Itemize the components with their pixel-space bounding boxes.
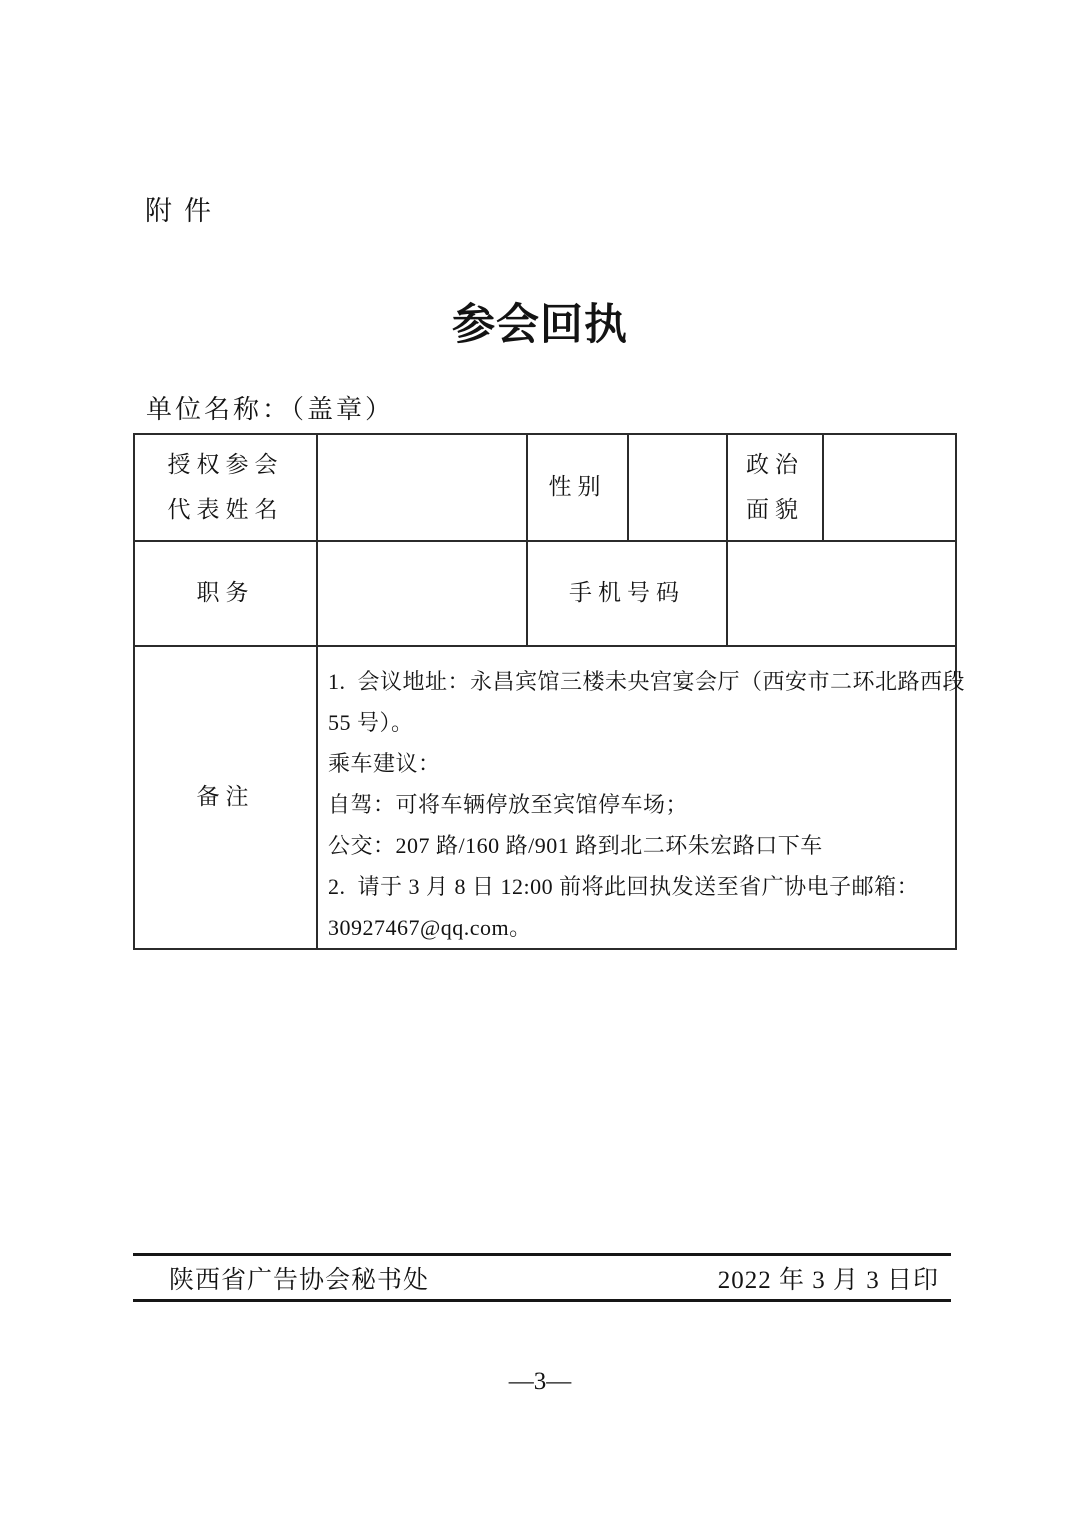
name-label-cell: 授权参会 代表姓名 <box>134 434 317 541</box>
remark-text-line: 乘车建议： <box>328 743 950 784</box>
remark-text-line: 55 号）。 <box>328 702 950 743</box>
attachment-label: 附件 <box>145 189 223 228</box>
political-label-line2: 面貌 <box>728 488 822 533</box>
footer-bar: 陕西省广告协会秘书处 2022 年 3 月 3 日印 <box>133 1253 951 1302</box>
remark-text-line: 30927467@qq.com。 <box>328 907 950 948</box>
mobile-label-cell: 手机号码 <box>527 541 727 646</box>
mobile-input-cell[interactable] <box>727 541 956 646</box>
table-row: 授权参会 代表姓名 性别 政治 面貌 <box>134 434 956 541</box>
political-label-line1: 政治 <box>728 443 822 488</box>
table-row: 职务 手机号码 <box>134 541 956 646</box>
political-label-cell: 政治 面貌 <box>727 434 823 541</box>
position-input-cell[interactable] <box>317 541 527 646</box>
remark-text-line: 公交：207 路/160 路/901 路到北二环朱宏路口下车 <box>328 825 950 866</box>
remark-text-line: 2. 请于 3 月 8 日 12:00 前将此回执发送至省广协电子邮箱： <box>328 866 950 907</box>
name-label-line2: 代表姓名 <box>135 488 316 533</box>
gender-input-cell[interactable] <box>628 434 727 541</box>
issuer-name: 陕西省广告协会秘书处 <box>169 1260 429 1296</box>
name-input-cell[interactable] <box>317 434 527 541</box>
table-row: 备注 1. 会议地址：永昌宾馆三楼未央宫宴会厅（西安市二环北路西段55 号）。乘… <box>134 646 956 949</box>
document-page: 附件 参会回执 单位名称：（盖章） 授权参会 代表姓名 性别 政治 <box>0 0 1080 1527</box>
position-label-cell: 职务 <box>134 541 317 646</box>
reply-form-table: 授权参会 代表姓名 性别 政治 面貌 职务 手机号码 备注 <box>133 433 957 950</box>
remark-text-line: 自驾：可将车辆停放至宾馆停车场； <box>328 784 950 825</box>
page-title: 参会回执 <box>0 301 1080 350</box>
page-number: —3— <box>0 1368 1080 1396</box>
remark-text-line: 1. 会议地址：永昌宾馆三楼未央宫宴会厅（西安市二环北路西段 <box>328 661 950 702</box>
name-label-line1: 授权参会 <box>135 443 316 488</box>
remarks-label-cell: 备注 <box>134 646 317 949</box>
political-input-cell[interactable] <box>823 434 956 541</box>
gender-label-cell: 性别 <box>527 434 628 541</box>
print-date: 2022 年 3 月 3 日印 <box>718 1260 939 1296</box>
unit-seal-label: 单位名称：（盖章） <box>146 389 394 426</box>
remarks-content-cell: 1. 会议地址：永昌宾馆三楼未央宫宴会厅（西安市二环北路西段55 号）。乘车建议… <box>317 646 956 949</box>
